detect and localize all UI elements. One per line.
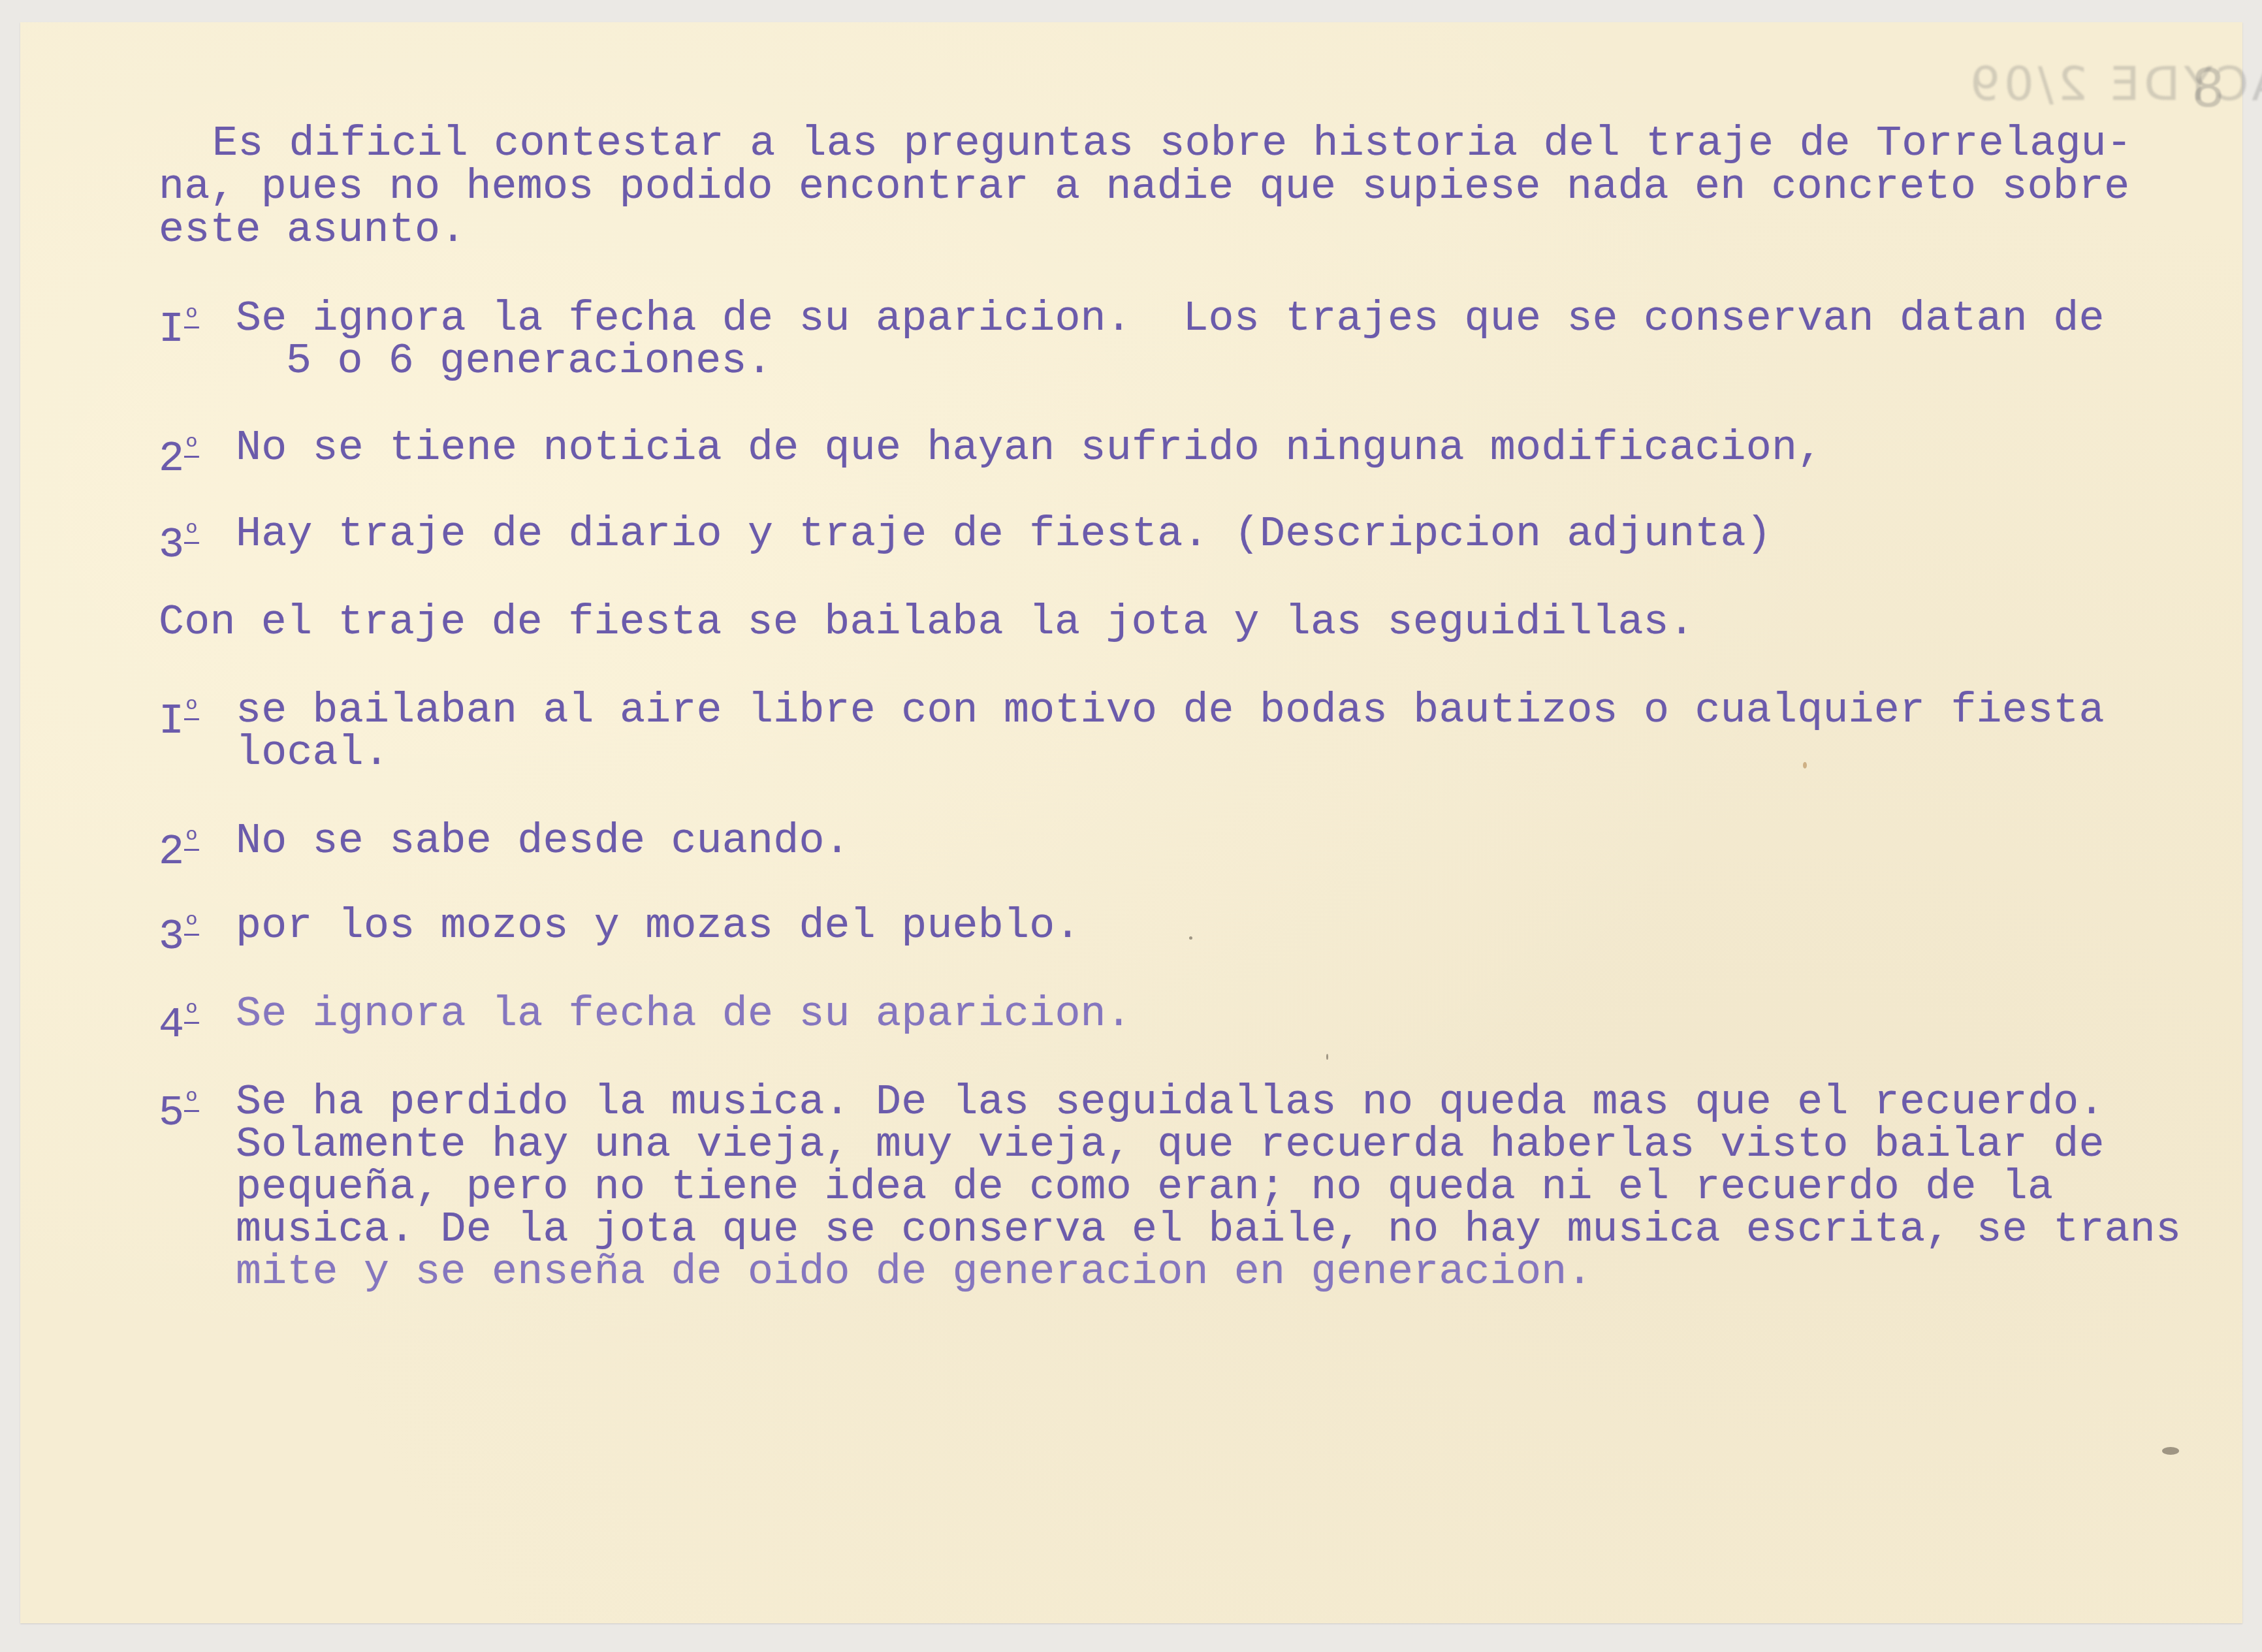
- item-text: Se ha perdido la musica. De las seguidal…: [236, 1081, 2105, 1124]
- item-text: pequeña, pero no tiene idea de como eran…: [236, 1166, 2053, 1209]
- item-marker: Iº: [159, 298, 199, 351]
- item-text: Se ignora la fecha de su aparicion. Los …: [236, 298, 2105, 340]
- item-marker: 5º: [159, 1081, 199, 1135]
- paper-speck: [1326, 1054, 1328, 1060]
- paper-speck: [1803, 762, 1807, 769]
- dance-intro: Con el traje de fiesta se bailaba la jot…: [159, 601, 1695, 644]
- paper-speck: [1189, 936, 1192, 940]
- item-marker: 3º: [159, 905, 199, 959]
- typed-page: FACYDE 2/09 8 Es dificil contestar a las…: [20, 22, 2242, 1623]
- item-text: mite y se enseña de oido de generacion e…: [236, 1251, 1593, 1294]
- item-marker: Iº: [159, 690, 199, 743]
- item-marker: 2º: [159, 820, 199, 874]
- item-text: No se tiene noticia de que hayan sufrido…: [236, 427, 1823, 469]
- item-text: 5 o 6 generaciones.: [286, 340, 773, 383]
- ink-speck: [2162, 1447, 2179, 1455]
- page-number-annotation: 8: [2191, 58, 2225, 119]
- intro-line: na, pues no hemos podido encontrar a nad…: [159, 166, 2129, 208]
- item-marker: 3º: [159, 513, 199, 567]
- item-text: musica. De la jota que se conserva el ba…: [236, 1209, 2181, 1251]
- item-marker: 2º: [159, 427, 199, 481]
- item-text: No se sabe desde cuando.: [236, 820, 850, 863]
- item-text: Solamente hay una vieja, muy vieja, que …: [236, 1124, 2105, 1166]
- intro-line: Es dificil contestar a las preguntas sob…: [212, 123, 2132, 165]
- item-text: Hay traje de diario y traje de fiesta. (…: [236, 513, 1772, 556]
- item-text: por los mozos y mozas del pueblo.: [236, 905, 1081, 947]
- item-text: Se ignora la fecha de su aparicion.: [236, 993, 1132, 1036]
- intro-line: este asunto.: [159, 209, 466, 251]
- item-text: se bailaban al aire libre con motivo de …: [236, 690, 2105, 732]
- item-text: local.: [236, 732, 389, 774]
- item-marker: 4º: [159, 993, 199, 1047]
